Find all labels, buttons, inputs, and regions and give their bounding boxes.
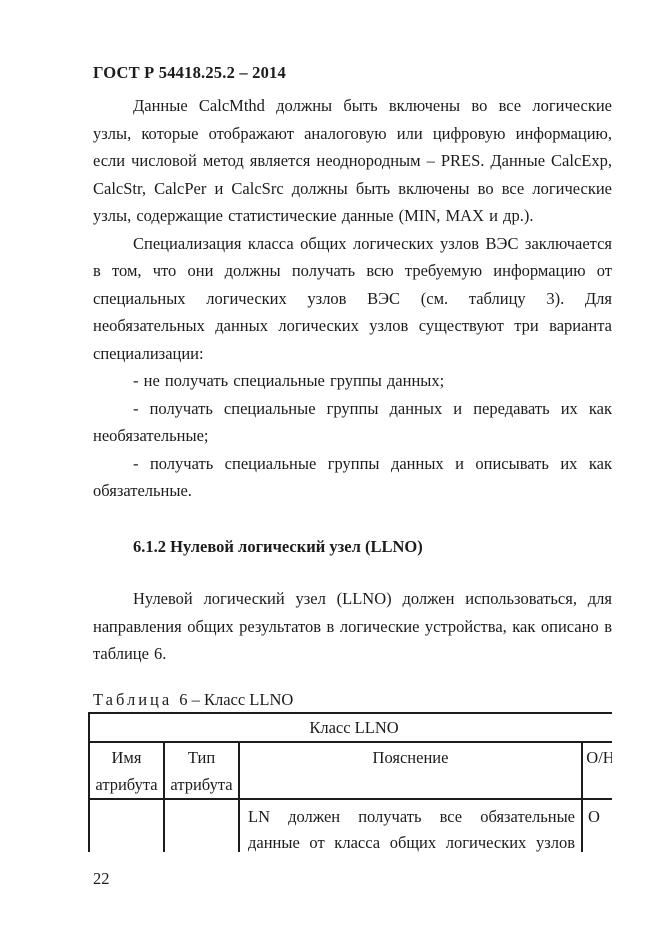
cell-on: О <box>582 799 612 852</box>
table-header-row: Имя атрибута Тип атрибута Пояснение О/Н <box>89 742 612 799</box>
col-header-on: О/Н <box>582 742 612 799</box>
paragraph-specialization: Специализация класса общих логических уз… <box>93 230 612 368</box>
page-number: 22 <box>93 869 612 889</box>
paragraph-calcmthd: Данные CalcMthd должны быть включены во … <box>93 92 612 230</box>
paragraph-llno: Нулевой логический узел (LLNO) должен ис… <box>93 585 612 668</box>
list-item-no-special-groups: - не получать специальные группы данных; <box>93 367 612 395</box>
section-heading-llno: 6.1.2 Нулевой логический узел (LLNO) <box>93 533 612 561</box>
list-item-receive-transfer: - получать специальные группы данных и п… <box>93 395 612 450</box>
table-title: Класс LLNO <box>89 713 612 742</box>
table-caption-word: Таблица <box>93 690 172 709</box>
document-page: ГОСТ Р 54418.25.2 – 2014 Данные CalcMthd… <box>0 0 661 935</box>
list-item-receive-describe: - получать специальные группы данных и о… <box>93 450 612 505</box>
table-row: LN должен получать все обязательные данн… <box>89 799 612 852</box>
cell-attribute-name <box>89 799 164 852</box>
running-header: ГОСТ Р 54418.25.2 – 2014 <box>93 62 612 83</box>
table-caption-number-title: 6 – Класс LLNO <box>179 690 293 709</box>
cell-attribute-type <box>164 799 239 852</box>
col-header-attribute-name: Имя атрибута <box>89 742 164 799</box>
table-caption: Таблица6 – Класс LLNO <box>93 688 612 712</box>
cell-explanation: LN должен получать все обязательные данн… <box>239 799 582 852</box>
table-title-row: Класс LLNO <box>89 713 612 742</box>
col-header-explanation: Пояснение <box>239 742 582 799</box>
llno-table: Класс LLNO Имя атрибута Тип атрибута Поя… <box>88 712 612 852</box>
col-header-attribute-type: Тип атрибута <box>164 742 239 799</box>
